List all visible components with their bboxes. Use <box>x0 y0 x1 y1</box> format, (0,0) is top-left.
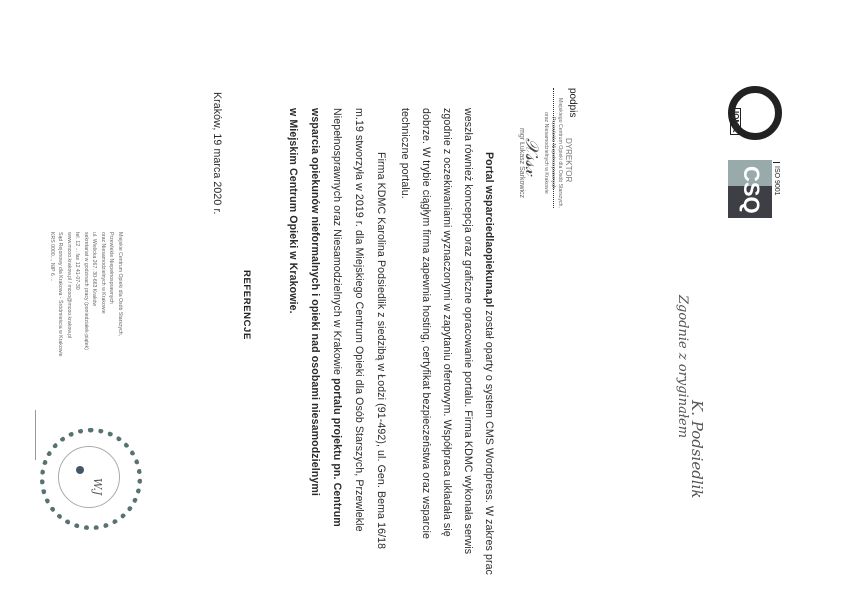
iqnet-logo: IQNet <box>728 86 782 140</box>
paragraph-line: techniczne portalu. <box>389 108 410 575</box>
director-org-line: Miejskiego Centrum Opieki dla Osób Stars… <box>557 98 562 208</box>
letterhead-line: Przewlekle Niepełnosprawnych <box>108 232 113 357</box>
letterhead-line: ul. Wielicka 267, 30-663 Kraków <box>91 232 96 357</box>
director-name: mgr Łukasz Sarkowicz <box>518 98 525 208</box>
csq-logo: CSQ <box>728 160 772 218</box>
paragraph-line: dobrze. W trybie ciągłym firma zapewnia … <box>410 108 431 575</box>
handwritten-signature: K. Podsiedlik <box>688 400 706 499</box>
paragraph-line: m.19 stworzyła w 2019 r. dla Miejskiego … <box>342 108 364 549</box>
paragraph-1: Firma KDMC Karolina Podsiedlik z siedzib… <box>276 108 386 549</box>
letterhead-line: oraz Niesamodzielnych w Krakowie <box>100 232 105 357</box>
paragraph-line: weszła również koncepcja oraz graficzne … <box>452 108 473 575</box>
paragraph-line: w Miejskim Centrum Opieki w Krakowie. <box>276 108 298 549</box>
letterhead-line: tel. 12 ... fax 12 41-07-30 <box>74 232 79 357</box>
signature-line <box>553 88 554 208</box>
letterhead-line: Sąd Rejonowy dla Krakowa - Śródmieścia w… <box>57 232 62 357</box>
stamp-dot-icon <box>76 466 84 474</box>
iqnet-label: IQNet <box>730 108 741 135</box>
letterhead-address: Miejskie Centrum Opieki dla Osób Starszy… <box>49 232 122 357</box>
podpis-label: podpis <box>567 88 578 117</box>
page-title: REFERENCJE <box>241 270 252 340</box>
csq-label: CSQ <box>738 166 764 214</box>
round-stamp-inner <box>58 446 120 508</box>
stamp-initials: W.J <box>91 478 104 495</box>
iso-label: ISO 9001 <box>773 162 780 196</box>
paragraph-line: Niepełnosprawnych oraz Niesamodzielnych … <box>320 108 342 549</box>
letterhead-line: www.mcoo.krakow.pl / mcoo@mcoo.krakow.pl <box>66 232 71 357</box>
paragraph-line: Portal wsparciedlaopiekuna.pl został opa… <box>473 108 494 575</box>
director-org-line: oraz Niesamodzielnych w Krakowie <box>542 98 547 208</box>
paragraph-line: wsparcia opiekunów nieformalnych i opiek… <box>298 108 320 549</box>
letterhead-divider <box>35 410 36 460</box>
paragraph-2: Portal wsparciedlaopiekuna.pl został opa… <box>389 108 494 575</box>
letterhead-line: sekretariat w godzinach pracy (poniedzia… <box>83 232 88 357</box>
letterhead: Miejskie Centrum Opieki dla Osób Starszy… <box>46 232 123 357</box>
paragraph-line: zgodnie z oczekiwaniami wyznaczonymi w z… <box>431 108 452 575</box>
letterhead-line: KRS 0000..., NIP 6 ... <box>49 232 54 357</box>
letter-date: Kraków, 19 marca 2020 r. <box>211 92 222 215</box>
paragraph-line: Firma KDMC Karolina Podsiedlik z siedzib… <box>364 108 386 549</box>
signature-block: DYREKTOR Miejskiego Centrum Opieki dla O… <box>518 98 572 208</box>
letterhead-line: Miejskie Centrum Opieki dla Osób Starszy… <box>117 232 122 357</box>
